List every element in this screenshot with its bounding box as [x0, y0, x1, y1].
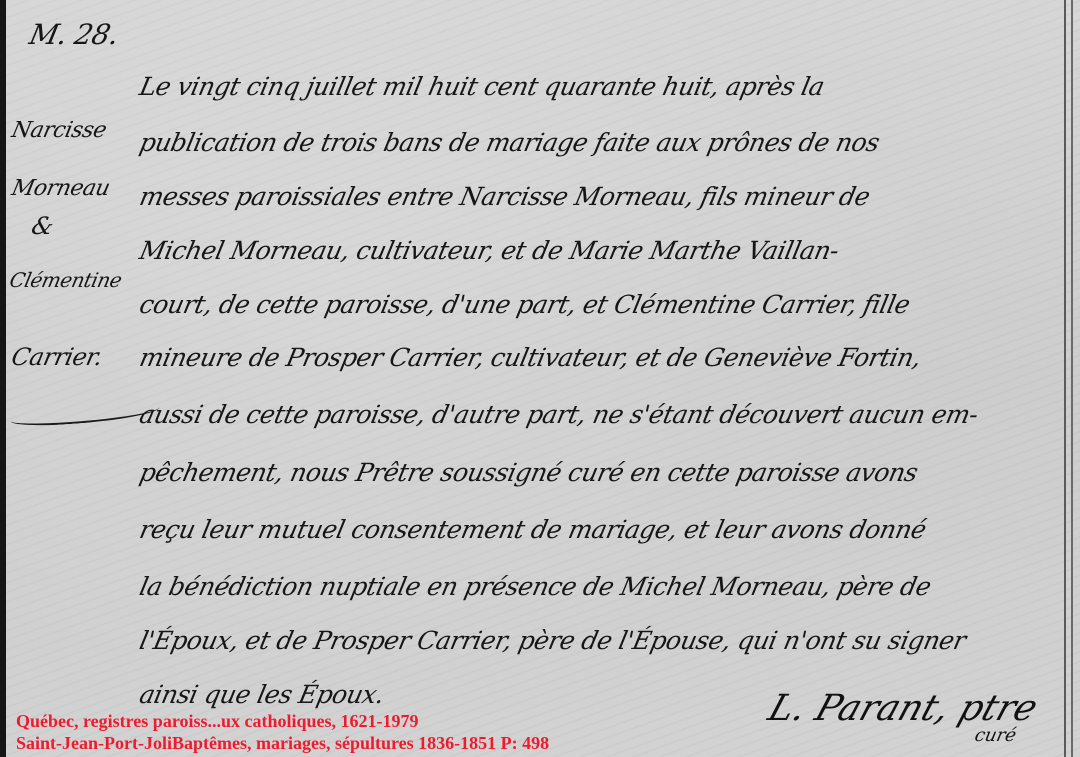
record-line: Le vingt cinq juillet mil huit cent quar… — [137, 72, 827, 101]
record-line: reçu leur mutuel consentement de mariage… — [137, 515, 929, 544]
source-caption-volume: Saint-Jean-Port-JoliBaptêmes, mariages, … — [16, 733, 549, 753]
record-line: ainsi que les Époux. — [137, 680, 387, 709]
scan-edge — [0, 0, 6, 757]
margin-note-bride-first: Clémentine — [7, 268, 123, 292]
record-line: pêchement, nous Prêtre soussigné curé en… — [137, 458, 920, 487]
margin-note-groom-last: Morneau — [9, 176, 112, 201]
margin-note-ampersand: & — [29, 212, 56, 240]
source-caption-collection: Québec, registres paroiss...ux catholiqu… — [16, 711, 419, 731]
margin-note-groom-first: Narcisse — [9, 118, 108, 143]
margin-note-bride-last: Carrier. — [9, 343, 105, 371]
record-line: mineure de Prosper Carrier, cultivateur,… — [137, 343, 924, 372]
record-line: l'Époux, et de Prosper Carrier, père de … — [137, 626, 968, 655]
record-line: messes paroissiales entre Narcisse Morne… — [137, 182, 873, 211]
register-page: M. 28. Narcisse Morneau & Clémentine Car… — [0, 0, 1080, 757]
record-line: Michel Morneau, cultivateur, et de Marie… — [137, 236, 841, 265]
entry-number: M. 28. — [26, 18, 121, 51]
record-line: la bénédiction nuptiale en présence de M… — [137, 572, 934, 601]
record-line: court, de cette paroisse, d'une part, et… — [137, 290, 913, 319]
margin-rule — [1064, 0, 1066, 757]
priest-signature: L. Parant, ptre — [763, 688, 1042, 729]
record-line: publication de trois bans de mariage fai… — [137, 128, 882, 157]
record-line: aussi de cette paroisse, d'autre part, n… — [137, 400, 981, 429]
signature-title: curé — [973, 725, 1018, 746]
margin-rule — [1071, 0, 1073, 757]
